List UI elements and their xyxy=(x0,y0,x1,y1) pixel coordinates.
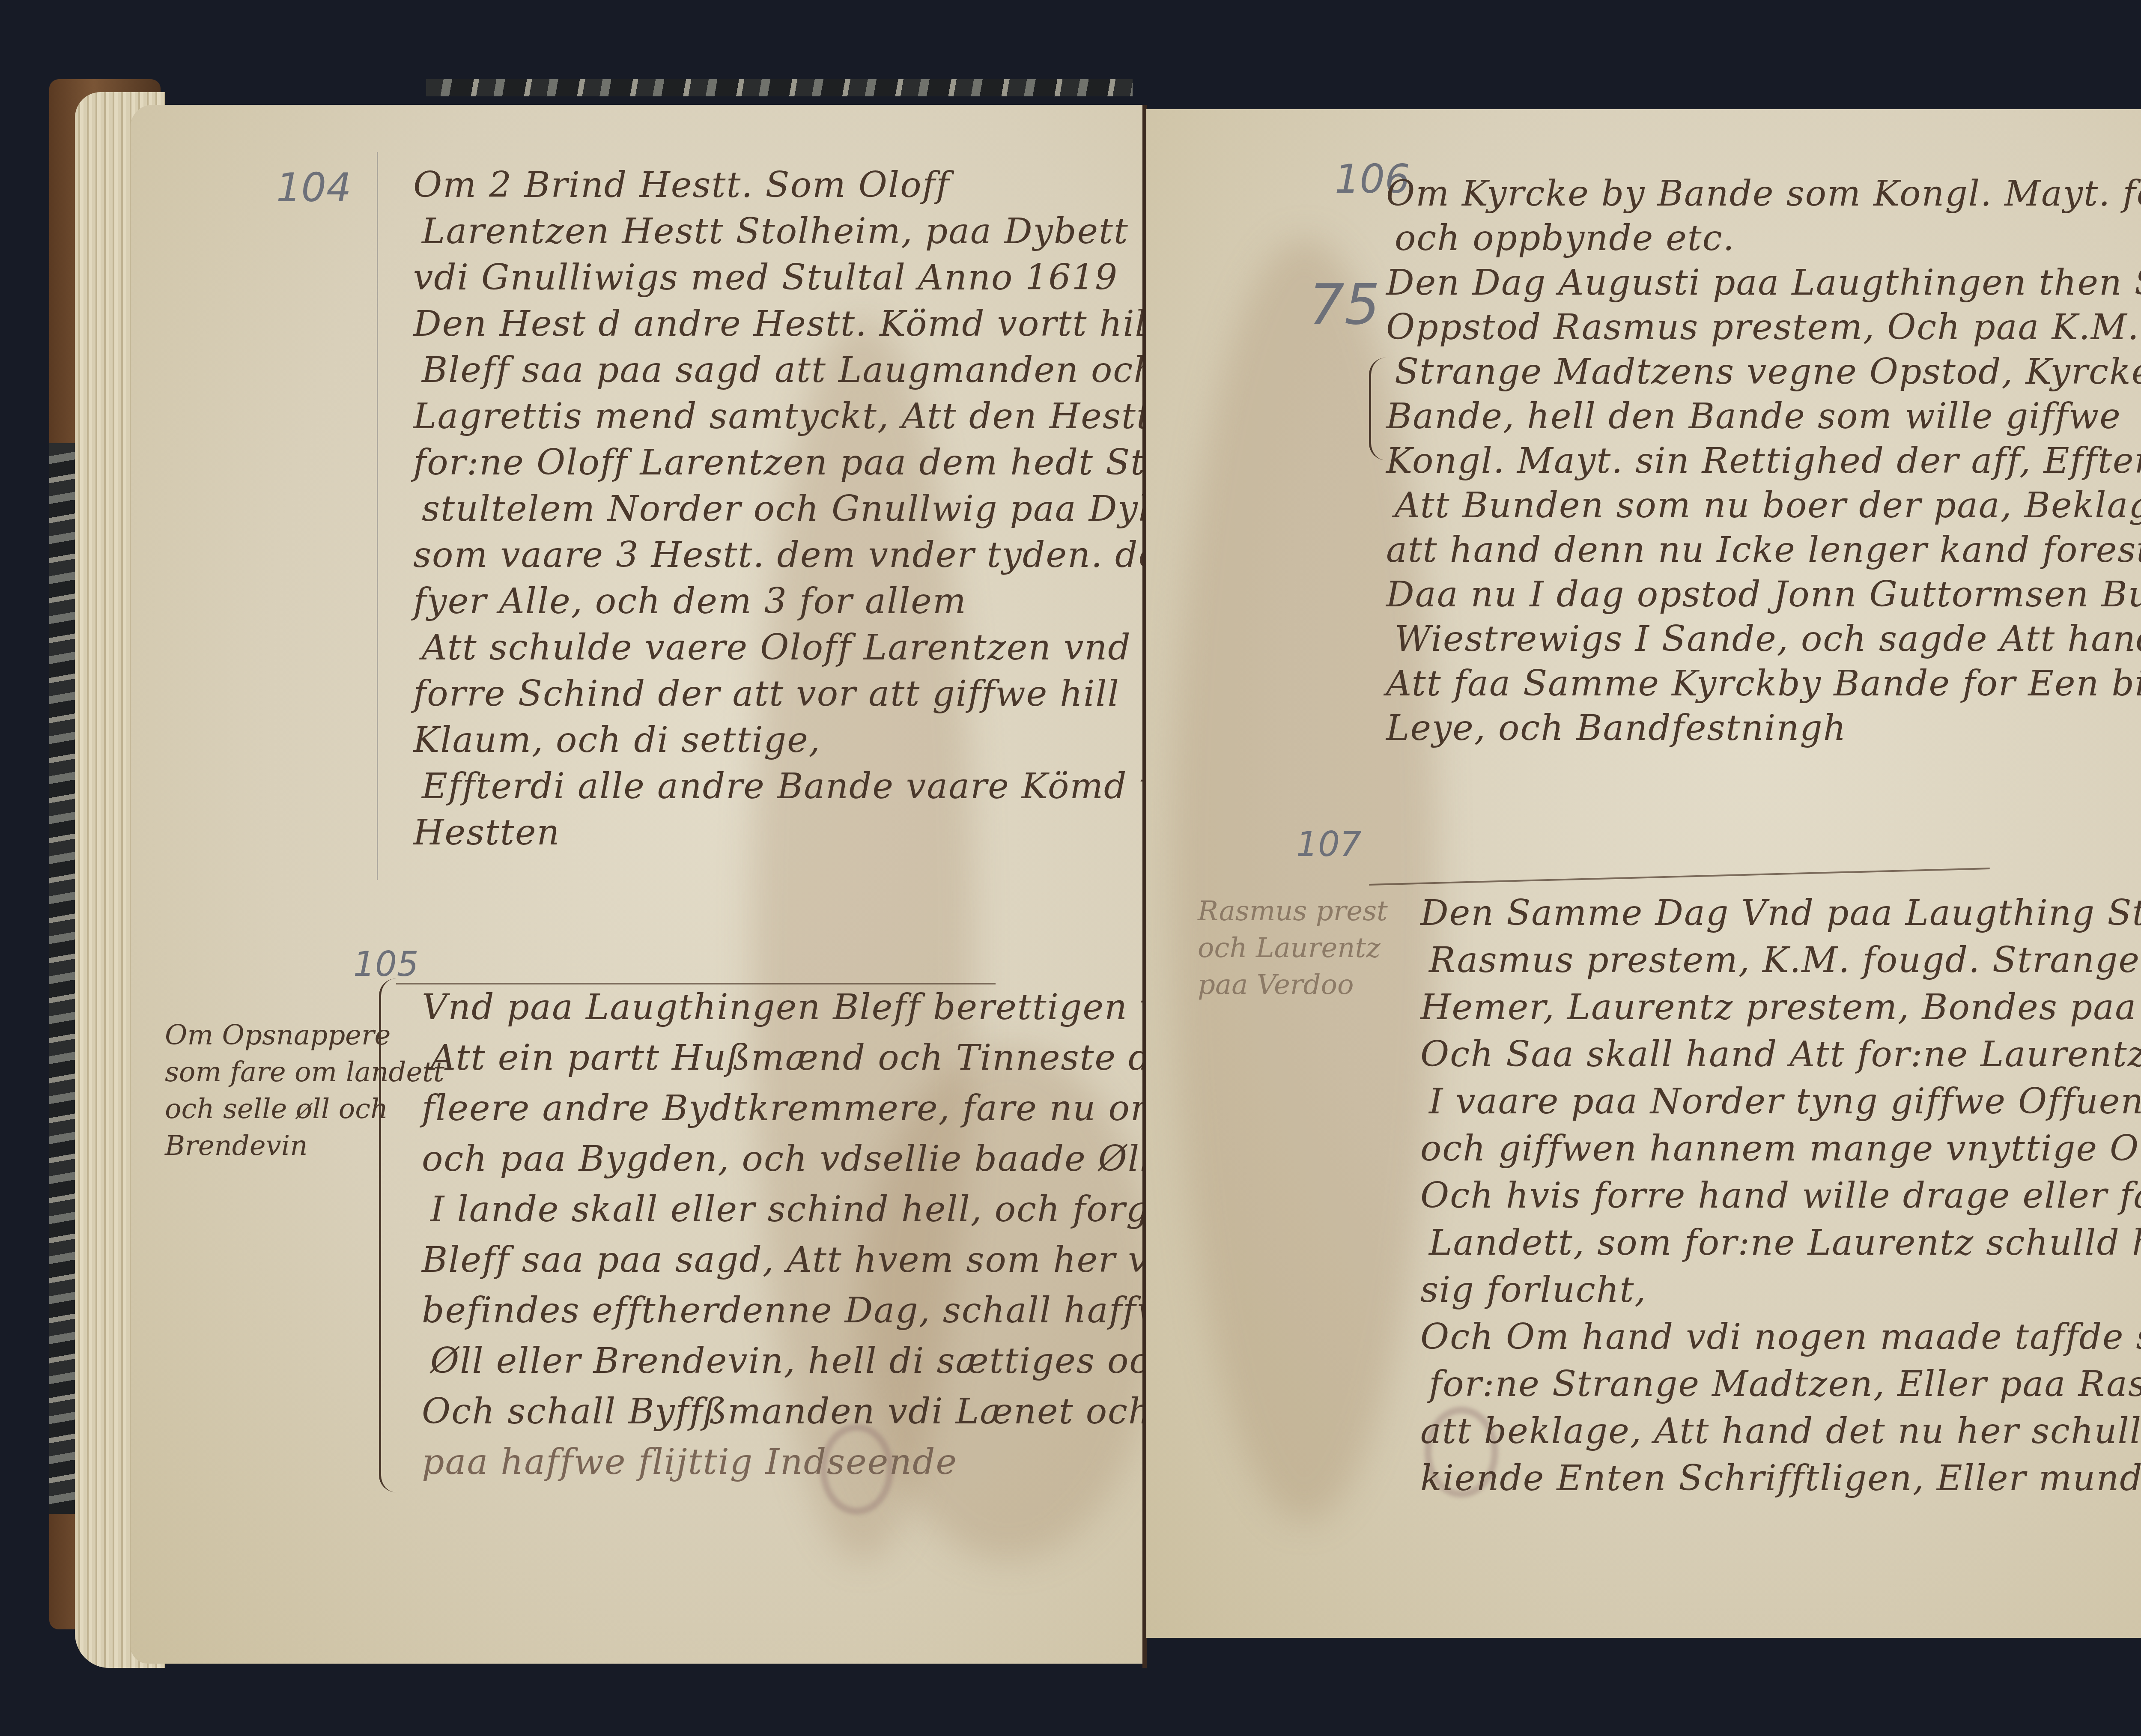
handwritten-line: Hemer, Laurentz prestem, Bondes paa Verd… xyxy=(1420,987,2141,1028)
margin-note-line: och Laurentz xyxy=(1198,930,1388,966)
handwritten-line: Kongl. Mayt. sin Rettighed der aff, Efft… xyxy=(1386,441,2141,481)
handwritten-line: paa haffwe flijttig Indseende xyxy=(422,1442,957,1482)
handwritten-line: sig forlucht, xyxy=(1420,1270,1647,1310)
handwritten-line: Klaum, och di settige, xyxy=(413,720,821,761)
handwritten-line: Landett, som for:ne Laurentz schulld haf… xyxy=(1429,1223,2141,1263)
handwritten-line: Daa nu I dag opstod Jonn Guttormsen Bund… xyxy=(1386,574,2141,615)
handwritten-line: Lagrettis mend samtyckt, Att den Hestt s… xyxy=(413,396,1145,437)
pencil-annotation: 75 xyxy=(1309,272,1380,337)
marbled-board-top xyxy=(426,79,1133,96)
handwritten-line: Den Hest d andre Hestt. Kömd vortt hil. … xyxy=(413,304,1145,344)
handwritten-line: Wiestrewigs I Sande, och sagde Att hand … xyxy=(1395,619,2141,659)
handwritten-line: forre Schind der att vor att giffwe hill xyxy=(413,674,1120,714)
handwritten-line: Om Kyrcke by Bande som Kongl. Mayt. foug… xyxy=(1386,173,2141,214)
handwritten-line: Den Samme Dag Vnd paa Laugthing Stod for xyxy=(1420,893,2141,934)
handwritten-line: kiende Enten Schrifftligen, Eller mundtl… xyxy=(1420,1458,2141,1499)
handwritten-line: for:ne Strange Madtzen, Eller paa Rasmus… xyxy=(1429,1364,2141,1405)
right-page: 106 75 Om Kyrcke by Bande som Kongl. May… xyxy=(1146,109,2141,1638)
margin-note-line: Rasmus prest xyxy=(1198,893,1388,930)
handwritten-line: Att faa Samme Kyrckby Bande for Een bill… xyxy=(1386,663,2141,704)
handwritten-line: Och schall Byffßmanden vdi Lænet och der xyxy=(422,1391,1145,1432)
pencil-entry-number: 107 xyxy=(1296,824,1362,864)
handwritten-line: Om 2 Brind Hestt. Som Oloff xyxy=(413,165,950,206)
handwritten-line: som vaare 3 Hestt. dem vnder tyden. der … xyxy=(413,535,1145,576)
handwritten-line: Bleff saa paa sagd, Att hvem som her vnd xyxy=(422,1240,1145,1280)
margin-note-line: Om Opsnappere xyxy=(165,1017,444,1054)
handwritten-line: Att schulde vaere Oloff Larentzen vnd vd… xyxy=(422,627,1145,668)
open-manuscript-book: 104 Om 2 Brind Hestt. Som OloffLarentzen… xyxy=(49,79,2141,1694)
margin-note-line: paa Verdoo xyxy=(1198,966,1388,1003)
handwritten-line: Bande, hell den Bande som wille giffwe xyxy=(1386,396,2121,437)
handwritten-line: och paa Bygden, och vdsellie baade Øll o… xyxy=(422,1139,1145,1179)
handwritten-line: Och Om hand vdi nogen maade taffde sig p… xyxy=(1420,1317,2141,1357)
left-page: 104 Om 2 Brind Hestt. Som OloffLarentzen… xyxy=(131,105,1145,1664)
handwritten-line: Att ein partt Hußmænd och Tinneste dreng… xyxy=(430,1038,1145,1078)
handwritten-line: Oppstod Rasmus prestem, Och paa K.M. fou… xyxy=(1386,307,2141,348)
handwritten-line: Och Saa skall hand Att for:ne Laurentz p… xyxy=(1420,1034,2141,1075)
handwritten-line: Effterdi alle andre Bande vaare Kömd vor… xyxy=(422,766,1145,807)
handwritten-line: Strange Madtzens vegne Opstod, Kyrcke by xyxy=(1395,352,2141,392)
margin-note-line: och selle øll och xyxy=(165,1091,444,1128)
handwritten-line: och oppbynde etc. xyxy=(1395,218,1735,259)
handwritten-line: fleere andre Bydtkremmere, fare nu om kr… xyxy=(422,1088,1145,1129)
margin-note-line: Brendevin xyxy=(165,1128,444,1164)
pencil-entry-number: 105 xyxy=(353,944,419,984)
handwritten-line: Hestten xyxy=(413,812,560,853)
handwritten-line: for:ne Oloff Larentzen paa dem hedt Stol… xyxy=(413,442,1145,483)
handwritten-line: vdi Gnulliwigs med Stultal Anno 1619 xyxy=(413,257,1118,298)
entry-divider xyxy=(396,983,996,984)
handwritten-line: att beklage, Att hand det nu her schulle… xyxy=(1420,1411,2141,1452)
handwritten-line: stultelem Norder och Gnullwig paa Dybet xyxy=(422,489,1145,529)
handwritten-line: Larentzen Hestt Stolheim, paa Dybett xyxy=(422,211,1129,252)
handwritten-line: I lande skall eller schind hell, och for… xyxy=(430,1189,1145,1230)
handwritten-line: Øll eller Brendevin, hell di sættiges oc… xyxy=(430,1341,1145,1381)
handwritten-line: I vaare paa Norder tyng giffwe Offuen sa… xyxy=(1429,1081,2141,1122)
entry-divider xyxy=(1369,868,1990,886)
handwritten-line: Leye, och Bandfestningh xyxy=(1386,708,1847,749)
handwritten-line: Rasmus prestem, K.M. fougd. Strange Madt… xyxy=(1429,940,2141,981)
handwritten-line: Att Bunden som nu boer der paa, Beklager… xyxy=(1395,485,2141,526)
margin-note: Om Opsnapperesom fare om landettoch sell… xyxy=(165,1017,444,1164)
handwritten-line: befindes efftherdenne Dag, schall haffwe… xyxy=(422,1290,1145,1331)
pencil-folio-number: 104 xyxy=(276,165,352,211)
ruled-margin-line xyxy=(377,152,378,880)
handwritten-line: Bleff saa paa sagd att Laugmanden och et… xyxy=(422,350,1145,391)
handwritten-line: och giffwen hannem mange vnyttige Ord xyxy=(1420,1128,2141,1169)
handwritten-line: Och hvis forre hand wille drage eller fa… xyxy=(1420,1175,2141,1216)
handwritten-line: Vnd paa Laugthingen Bleff berettigen vor… xyxy=(422,987,1145,1028)
margin-note-line: som fare om landett xyxy=(165,1054,444,1091)
handwritten-line: Den Dag Augusti paa Laugthingen then Ste… xyxy=(1386,262,2141,303)
handwritten-line: fyer Alle, och dem 3 for allem xyxy=(413,581,967,622)
handwritten-line: att hand denn nu Icke lenger kand forest… xyxy=(1386,530,2141,570)
margin-note: Rasmus prestoch Laurentzpaa Verdoo xyxy=(1198,893,1388,1003)
marbled-board-left xyxy=(49,443,75,1514)
